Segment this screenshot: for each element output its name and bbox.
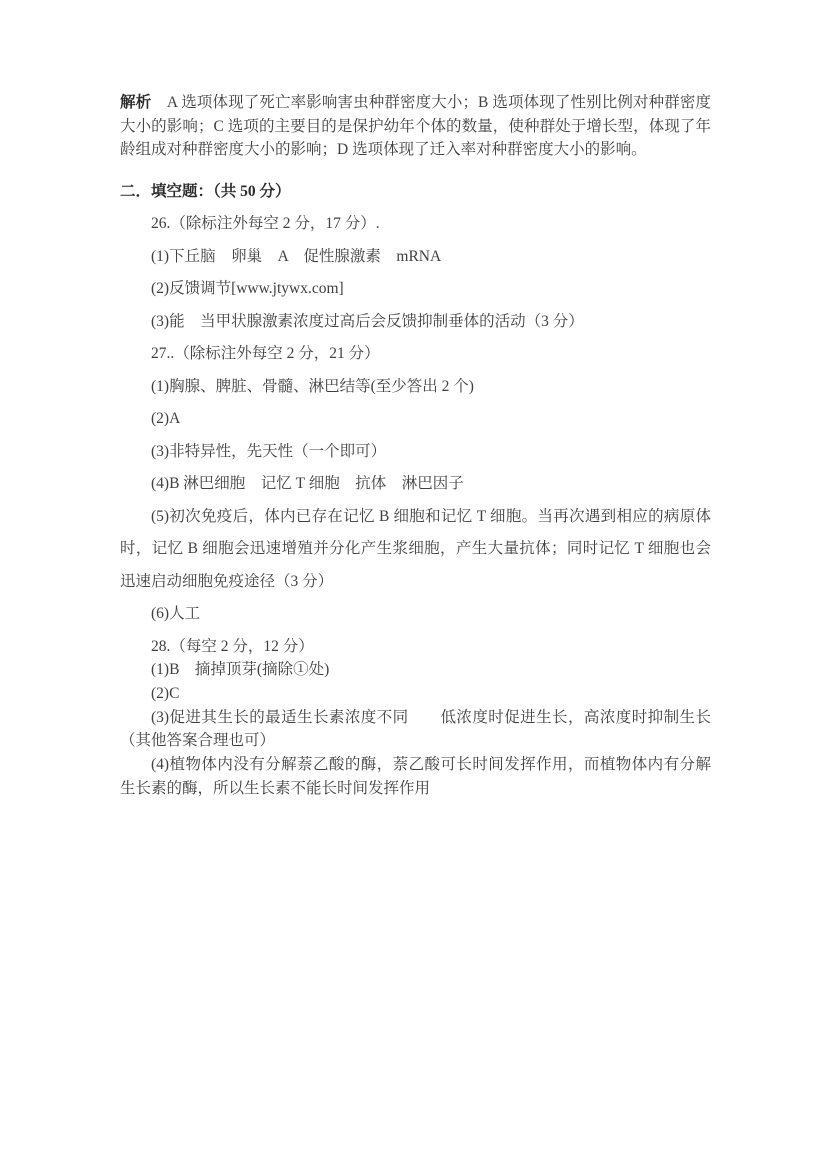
q26-answer-1: (1)下丘脑 卵巢 A 促性腺激素 mRNA: [120, 241, 711, 274]
q27-answer-5: (5)初次免疫后，体内已存在记忆 B 细胞和记忆 T 细胞。当再次遇到相应的病原…: [120, 501, 711, 599]
q28-answer-1: (1)B 摘掉顶芽(摘除①处): [120, 658, 711, 682]
document-content: 解析 A 选项体现了死亡率影响害虫种群密度大小；B 选项体现了性别比例对种群密度…: [120, 0, 711, 800]
q27-answer-6: (6)人工: [120, 598, 711, 631]
q27-answer-1: (1)胸腺、脾脏、骨髓、淋巴结等(至少答出 2 个): [120, 371, 711, 404]
q27-answer-4: (4)B 淋巴细胞 记忆 T 细胞 抗体 淋巴因子: [120, 468, 711, 501]
scanned-answer-sheet-page: 解析 A 选项体现了死亡率影响害虫种群密度大小；B 选项体现了性别比例对种群密度…: [0, 0, 826, 1169]
q28-answer-3: (3)促进其生长的最适生长素浓度不同 低浓度时促进生长，高浓度时抑制生长（其他答…: [120, 706, 711, 753]
q26-title: 26.（除标注外每空 2 分，17 分）.: [120, 208, 711, 241]
q28-title: 28.（每空 2 分，12 分）: [120, 635, 711, 659]
analysis-text: A 选项体现了死亡率影响害虫种群密度大小；B 选项体现了性别比例对种群密度大小的…: [120, 94, 711, 158]
analysis-paragraph: 解析 A 选项体现了死亡率影响害虫种群密度大小；B 选项体现了性别比例对种群密度…: [120, 91, 711, 162]
q27-title: 27..（除标注外每空 2 分，21 分）: [120, 338, 711, 371]
section-heading-fill-in-blanks: 二．填空题：（共 50 分）: [120, 176, 711, 209]
questions-26-27-block: 26.（除标注外每空 2 分，17 分）. (1)下丘脑 卵巢 A 促性腺激素 …: [120, 208, 711, 631]
q27-answer-2: (2)A: [120, 403, 711, 436]
q26-answer-3: (3)能 当甲状腺激素浓度过高后会反馈抑制垂体的活动（3 分）: [120, 306, 711, 339]
analysis-label: 解析: [120, 94, 151, 111]
q28-answer-2: (2)C: [120, 682, 711, 706]
q27-answer-3: (3)非特异性，先天性（一个即可）: [120, 436, 711, 469]
q26-answer-2: (2)反馈调节[www.jtywx.com]: [120, 273, 711, 306]
q28-answer-4: (4)植物体内没有分解萘乙酸的酶，萘乙酸可长时间发挥作用，而植物体内有分解生长素…: [120, 753, 711, 800]
question-28-block: 28.（每空 2 分，12 分） (1)B 摘掉顶芽(摘除①处) (2)C (3…: [120, 635, 711, 801]
